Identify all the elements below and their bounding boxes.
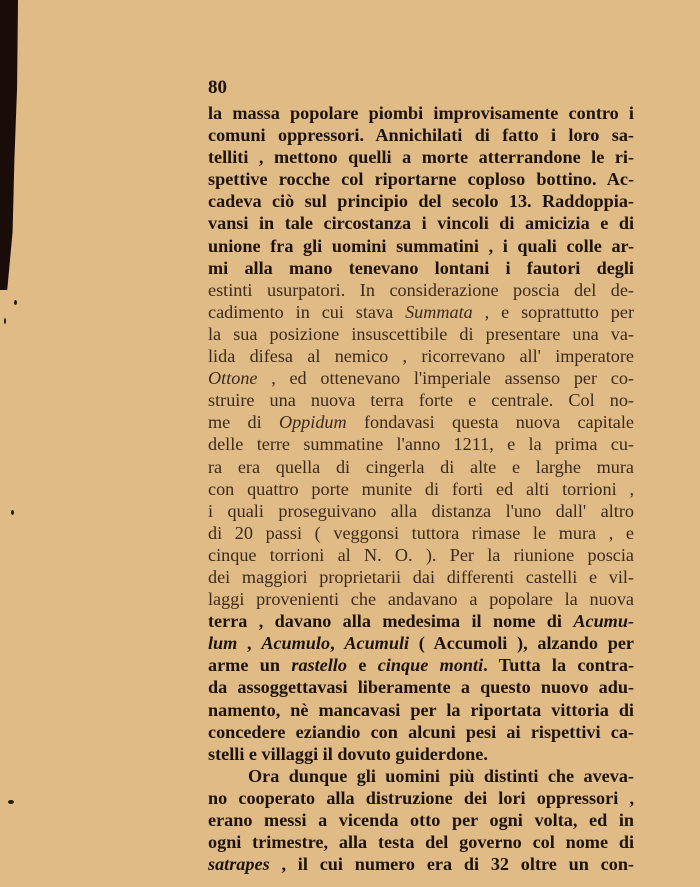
ink-speck: [8, 800, 14, 804]
text-line: cadimento in cui stava Summata , e sopra…: [208, 301, 634, 323]
text-line: estinti usurpatori. In considerazione po…: [208, 279, 634, 301]
ink-speck: [14, 300, 17, 305]
text-line: lum , Acumulo, Acumuli ( Accumoli ), alz…: [208, 632, 634, 654]
text-line: Ora dunque gli uomini più distinti che a…: [208, 765, 634, 787]
text-line: vansi in tale circostanza i vincoli di a…: [208, 212, 634, 234]
text-line: terra , davano alla medesima il nome di …: [208, 610, 634, 632]
text-line: da assoggettavasi liberamente a questo n…: [208, 676, 634, 698]
text-line: la massa popolare piombi improvisamente …: [208, 102, 634, 124]
text-line: namento, nè mancavasi per la riportata v…: [208, 699, 634, 721]
text-line: cadeva ciò sul principio del secolo 13. …: [208, 190, 634, 212]
page-number: 80: [208, 74, 634, 102]
text-line: arme un rastello e cinque monti. Tutta l…: [208, 654, 634, 676]
text-line: delle terre summatine l'anno 1211, e la …: [208, 433, 634, 455]
text-line: satrapes , il cui numero era di 32 oltre…: [208, 853, 634, 875]
binding-shadow: [0, 0, 18, 290]
ink-speck: [11, 510, 14, 515]
text-line: comuni oppressori. Annichilati di fatto …: [208, 124, 634, 146]
text-line: ogni trimestre, alla testa del governo c…: [208, 831, 634, 853]
text-line: i quali proseguivano alla distanza l'uno…: [208, 500, 634, 522]
text-line: no cooperato alla distruzione dei lori o…: [208, 787, 634, 809]
text-line: stelli e villaggi il dovuto guiderdone.: [208, 743, 634, 765]
text-line: spettive rocche col riportarne coploso b…: [208, 168, 634, 190]
text-line: ra era quella di cingerla di alte e larg…: [208, 456, 634, 478]
page-body: la massa popolare piombi improvisamente …: [208, 102, 634, 875]
text-line: dei maggiori proprietarii dai differenti…: [208, 566, 634, 588]
text-line: lida difesa al nemico , ricorrevano all'…: [208, 345, 634, 367]
text-line: Ottone , ed ottenevano l'imperiale assen…: [208, 367, 634, 389]
text-line: mi alla mano tenevano lontani i fautori …: [208, 257, 634, 279]
text-line: telliti , mettono quelli a morte atterra…: [208, 146, 634, 168]
text-line: con quattro porte munite di forti ed alt…: [208, 478, 634, 500]
text-line: me di Oppidum fondavasi questa nuova cap…: [208, 411, 634, 433]
text-line: la sua posizione insuscettibile di prese…: [208, 323, 634, 345]
book-page: 80 la massa popolare piombi improvisamen…: [208, 74, 634, 875]
text-line: concedere eziandio con alcuni pesi ai ri…: [208, 721, 634, 743]
text-line: laggi provenienti che andavano a popolar…: [208, 588, 634, 610]
text-line: cinque torrioni al N. O. ). Per la riuni…: [208, 544, 634, 566]
text-line: unione fra gli uomini summatini , i qual…: [208, 235, 634, 257]
ink-speck: [4, 318, 6, 324]
text-line: struire una nuova terra forte e centrale…: [208, 389, 634, 411]
text-line: erano messi a vicenda otto per ogni volt…: [208, 809, 634, 831]
text-line: di 20 passi ( veggonsi tuttora rimase le…: [208, 522, 634, 544]
